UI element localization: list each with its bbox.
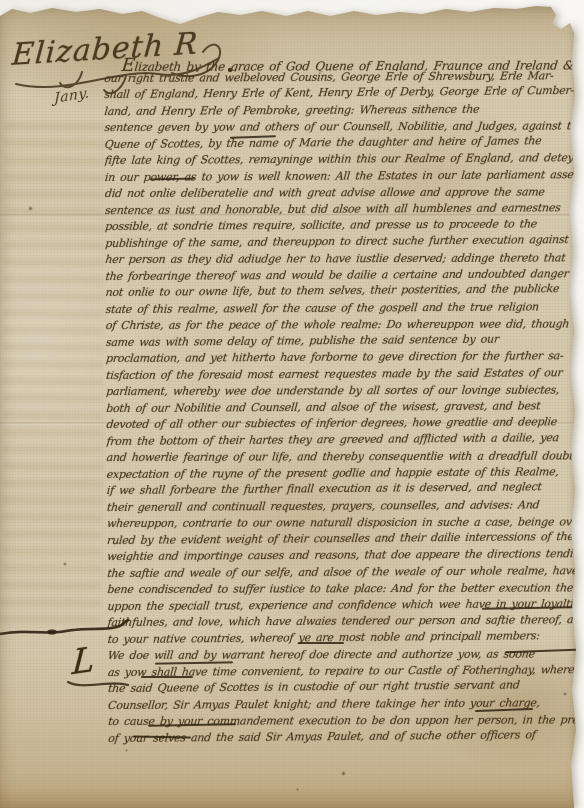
foxing-spot [563, 692, 567, 696]
underline-mark [141, 676, 193, 678]
script-line: state of this realme, aswell for the cau… [105, 300, 579, 319]
script-line: land, and Henry Erle of Pembroke, greeti… [104, 102, 577, 121]
parchment-wrap: Elizabeth R Jany. Elizabeth by the grace… [0, 0, 584, 808]
script-line: Counsellor, Sir Amyas Paulet knight; and… [107, 696, 580, 715]
script-line: to your native countries, whereof ye are… [107, 628, 580, 649]
script-line: not onlie to our owne life, but to them … [105, 282, 579, 303]
script-line: shall of England, Henry Erle of Kent, He… [104, 84, 577, 105]
body-text: Elizabeth by the grace of God Quene of E… [104, 52, 580, 755]
margin-monogram: L [72, 638, 142, 708]
parchment-sheet: Elizabeth R Jany. Elizabeth by the grace… [0, 0, 584, 808]
script-line: the said Queene of Scottes is in custodi… [107, 678, 580, 699]
underline-mark [298, 642, 344, 644]
script-line: publishinge of the same, and thereuppon … [104, 232, 578, 253]
script-line: if we shall forbeare the further finall … [106, 480, 580, 501]
manuscript-photo: Elizabeth R Jany. Elizabeth by the grace… [0, 0, 584, 808]
script-line: from the bottom of their hartes they are… [106, 430, 580, 451]
foxing-spot [341, 771, 346, 776]
foxing-spot [296, 788, 299, 791]
foxing-spot [28, 206, 33, 211]
foxing-spot [449, 137, 452, 140]
foxing-spot [63, 562, 67, 566]
monogram-swash [66, 672, 136, 692]
bleedthrough-ghost-text [0, 117, 107, 623]
script-line: tisfaction of the foresaid most earnest … [105, 366, 579, 385]
script-line: their generall and continuall requestes,… [106, 498, 580, 517]
foxing-spot [125, 749, 128, 752]
script-line: the saftie and weale of our selfe, and a… [106, 564, 580, 583]
